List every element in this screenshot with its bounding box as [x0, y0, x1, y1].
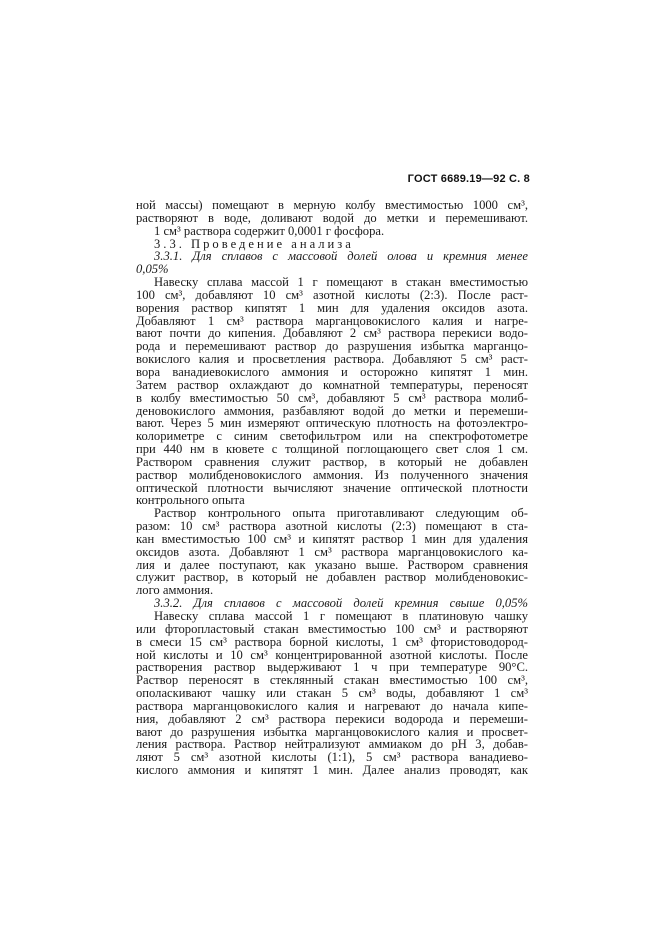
text-line: ворения раствор кипятят 1 мин для удален…	[136, 302, 528, 315]
text-line: при 440 нм в кювете с толщиной поглощающ…	[136, 443, 528, 456]
text-line: кислого аммония и кипятят 1 мин. Далее а…	[136, 764, 528, 777]
document-page: ГОСТ 6689.19—92 С. 8 ной массы) помещают…	[0, 0, 661, 935]
text-line: растворяют в воде, доливают водой до мет…	[136, 212, 528, 225]
text-line: в смеси 15 см³ раствора борной кислоты, …	[136, 636, 528, 649]
text-line: 3.3.1. Для сплавов с массовой долей олов…	[136, 250, 528, 263]
text-line: Навеску сплава массой 1 г помещают в ста…	[136, 276, 528, 289]
page-header: ГОСТ 6689.19—92 С. 8	[380, 173, 530, 185]
text-line: ния, добавляют 2 см³ раствора перекиси в…	[136, 713, 528, 726]
text-line: 100 см³, добавляют 10 см³ азотной кислот…	[136, 289, 528, 302]
text-line: 1 см³ раствора содержит 0,0001 г фосфора…	[136, 225, 528, 238]
text-line: вора ванадиевокислого аммония и осторожн…	[136, 366, 528, 379]
text-line: раствора марганцовокислого калия и нагре…	[136, 700, 528, 713]
body-text: ной массы) помещают в мерную колбу вмест…	[136, 199, 528, 777]
text-line: Раствором сравнения служит раствор, в ко…	[136, 456, 528, 469]
text-line: или фторопластовый стакан вместимостью 1…	[136, 623, 528, 636]
text-line: в колбу вместимостью 50 см³, добавляют 5…	[136, 392, 528, 405]
text-line: Затем раствор охлаждают до комнатной тем…	[136, 379, 528, 392]
text-line: разом: 10 см³ раствора азотной кислоты (…	[136, 520, 528, 533]
text-line: оксидов азота. Добавляют 1 см³ раствора …	[136, 546, 528, 559]
text-line: раствор молибденовокислого аммония. Из п…	[136, 469, 528, 482]
text-line: Навеску сплава массой 1 г помещают в пла…	[136, 610, 528, 623]
text-line: ной массы) помещают в мерную колбу вмест…	[136, 199, 528, 212]
text-line: ополаскивают чашку или стакан 5 см³ воды…	[136, 687, 528, 700]
text-line: кан вместимостью 100 см³ и кипятят раств…	[136, 533, 528, 546]
